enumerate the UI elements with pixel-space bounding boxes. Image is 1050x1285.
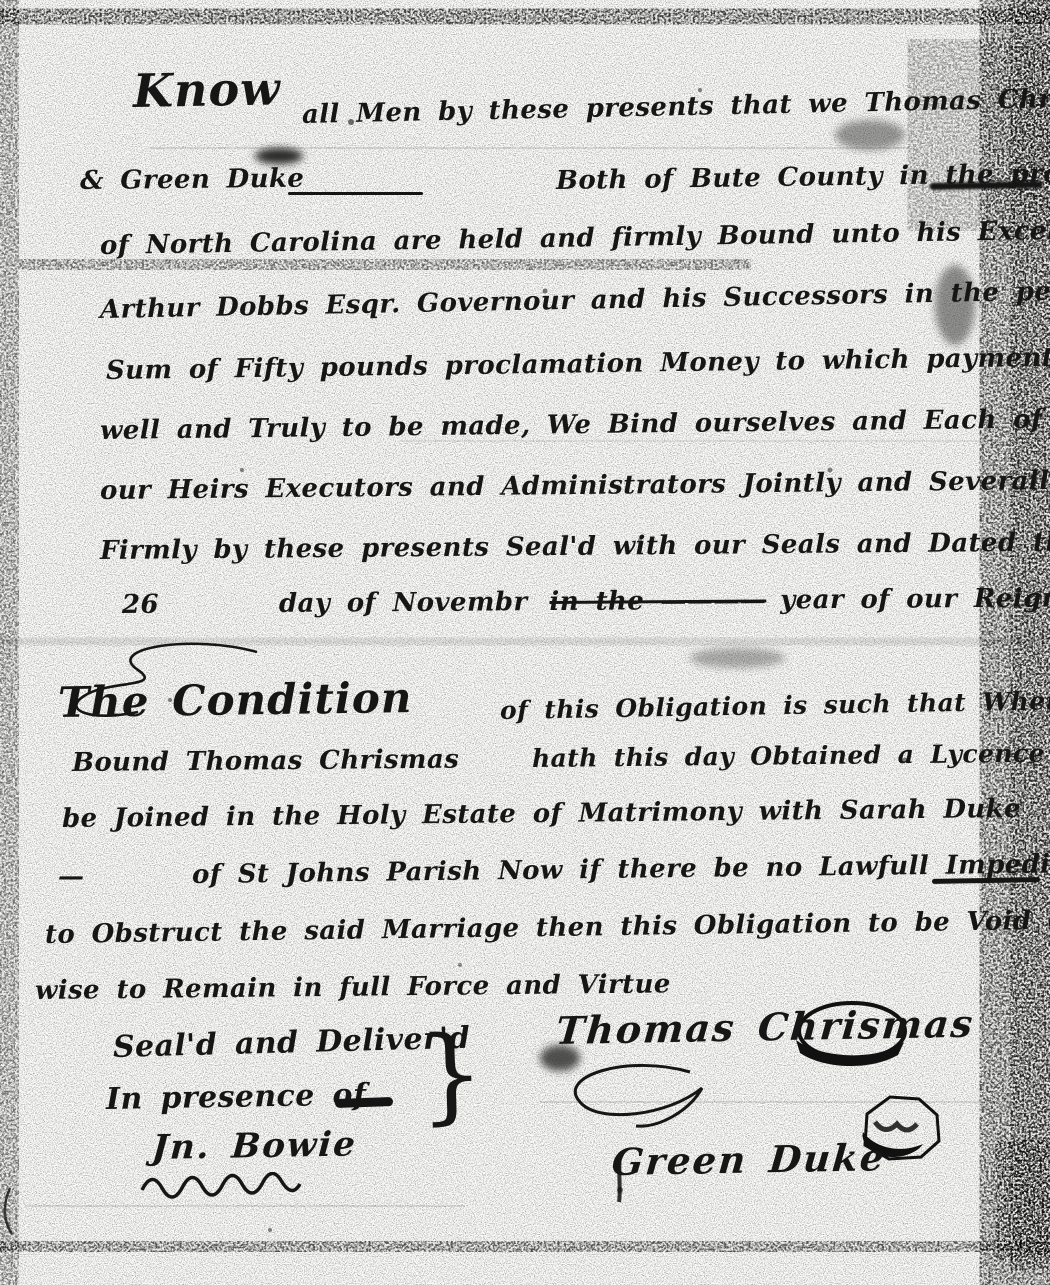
- pen-flourish-line: [288, 192, 423, 195]
- signature-flourish: [540, 1058, 720, 1133]
- date-gap: [159, 612, 279, 613]
- signature-green-duke: Green Duke: [610, 1135, 887, 1184]
- signature-thomas-chrismas: Thomas Chrismas: [554, 1001, 976, 1053]
- attestation-brace: }: [416, 1021, 486, 1127]
- condition-line-2-left: Bound Thomas Chrismas: [72, 745, 459, 778]
- bond-grantors: & Green Duke: [80, 164, 305, 196]
- condition-heading: The Condition: [58, 673, 413, 727]
- ink-smudge: [690, 648, 785, 668]
- ink-smudge: [255, 148, 303, 164]
- signature-witness-bowie: Jn. Bowie: [151, 1124, 359, 1168]
- condition-line-4-dash: —: [58, 862, 84, 892]
- ink-smudge: [835, 120, 905, 150]
- date-month: day of Novembr: [279, 587, 528, 619]
- date-day: 26: [122, 590, 159, 620]
- opening-word: Know: [133, 61, 282, 118]
- scanned-document: Know all Men by these presents that we T…: [0, 0, 1050, 1285]
- witness-underline-squiggle: [138, 1172, 333, 1202]
- condition-line-2-right: hath this day Obtained a Lycence to: [532, 738, 1050, 773]
- date-year-phrase: year of our Reign A.D. 1764: [780, 582, 1050, 615]
- date-struck-words: in the ————: [549, 586, 766, 618]
- attestation-line-2: In presence of: [106, 1077, 367, 1117]
